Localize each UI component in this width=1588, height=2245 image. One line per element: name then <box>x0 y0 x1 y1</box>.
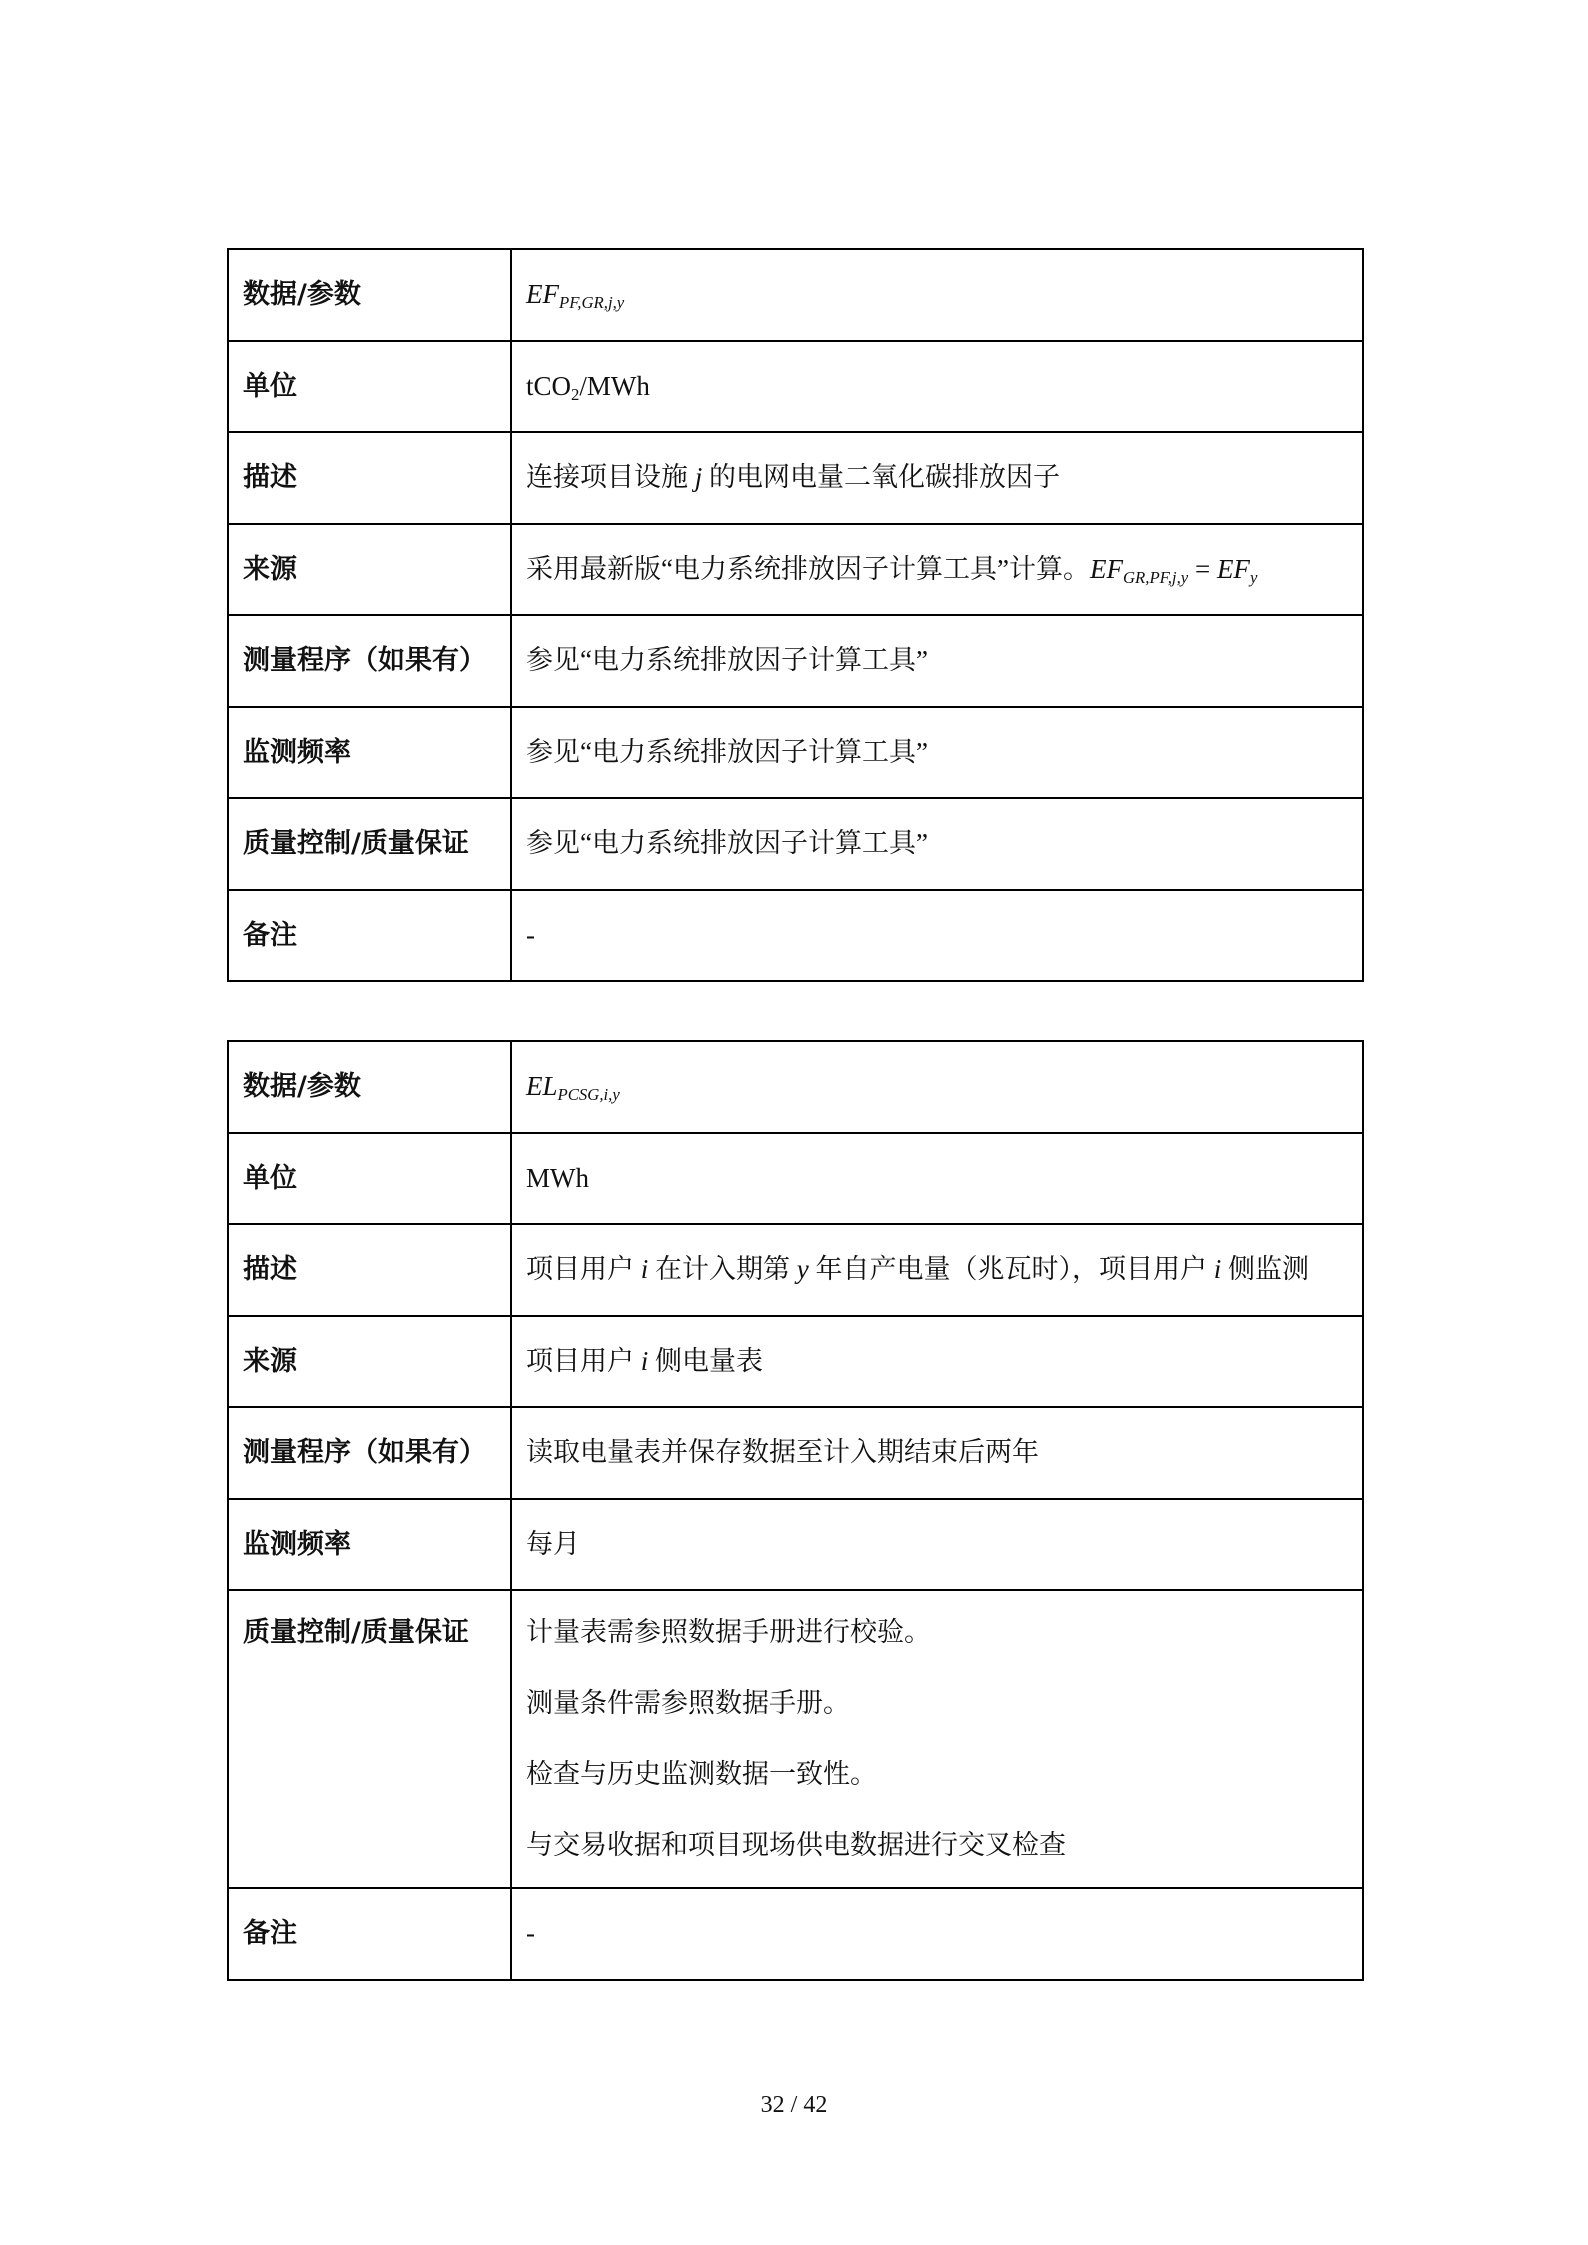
description-value: 项目用户 i 在计入期第 y 年自产电量（兆瓦时），项目用户 i 侧监测 <box>511 1224 1363 1316</box>
row-label: 监测频率 <box>228 707 511 799</box>
parameter-symbol: ELPCSG,i,y <box>511 1041 1363 1133</box>
frequency-value: 参见“电力系统排放因子计算工具” <box>511 707 1363 799</box>
table-row: 质量控制/质量保证 计量表需参照数据手册进行校验。 测量条件需参照数据手册。 检… <box>228 1590 1363 1888</box>
table-row: 单位 tCO2/MWh <box>228 341 1363 433</box>
procedure-value: 参见“电力系统排放因子计算工具” <box>511 615 1363 707</box>
row-label: 描述 <box>228 432 511 524</box>
table-row: 描述 连接项目设施 j 的电网电量二氧化碳排放因子 <box>228 432 1363 524</box>
qa-qc-line: 检查与历史监测数据一致性。 <box>526 1757 1348 1792</box>
row-label: 测量程序（如果有） <box>228 1407 511 1499</box>
source-value: 项目用户 i 侧电量表 <box>511 1316 1363 1408</box>
table-row: 监测频率 参见“电力系统排放因子计算工具” <box>228 707 1363 799</box>
description-value: 连接项目设施 j 的电网电量二氧化碳排放因子 <box>511 432 1363 524</box>
row-label: 质量控制/质量保证 <box>228 798 511 890</box>
table-row: 质量控制/质量保证 参见“电力系统排放因子计算工具” <box>228 798 1363 890</box>
row-label: 数据/参数 <box>228 1041 511 1133</box>
row-label: 描述 <box>228 1224 511 1316</box>
source-value: 采用最新版“电力系统排放因子计算工具”计算。EFGR,PF,j,y = EFy <box>511 524 1363 616</box>
table-row: 备注 - <box>228 890 1363 982</box>
parameter-table-el: 数据/参数 ELPCSG,i,y 单位 MWh 描述 项目用户 i 在计入期第 … <box>227 1040 1364 1981</box>
frequency-value: 每月 <box>511 1499 1363 1591</box>
qa-qc-line: 计量表需参照数据手册进行校验。 <box>526 1615 1348 1650</box>
row-label: 单位 <box>228 341 511 433</box>
table-row: 单位 MWh <box>228 1133 1363 1225</box>
table-row: 测量程序（如果有） 读取电量表并保存数据至计入期结束后两年 <box>228 1407 1363 1499</box>
table-row: 来源 采用最新版“电力系统排放因子计算工具”计算。EFGR,PF,j,y = E… <box>228 524 1363 616</box>
qa-qc-value: 参见“电力系统排放因子计算工具” <box>511 798 1363 890</box>
unit-value: tCO2/MWh <box>511 341 1363 433</box>
row-label: 备注 <box>228 1888 511 1980</box>
row-label: 数据/参数 <box>228 249 511 341</box>
row-label: 测量程序（如果有） <box>228 615 511 707</box>
row-label: 单位 <box>228 1133 511 1225</box>
table-row: 描述 项目用户 i 在计入期第 y 年自产电量（兆瓦时），项目用户 i 侧监测 <box>228 1224 1363 1316</box>
row-label: 备注 <box>228 890 511 982</box>
table-row: 监测频率 每月 <box>228 1499 1363 1591</box>
table-row: 测量程序（如果有） 参见“电力系统排放因子计算工具” <box>228 615 1363 707</box>
row-label: 监测频率 <box>228 1499 511 1591</box>
table-row: 数据/参数 ELPCSG,i,y <box>228 1041 1363 1133</box>
row-label: 质量控制/质量保证 <box>228 1590 511 1888</box>
table-row: 数据/参数 EFPF,GR,j,y <box>228 249 1363 341</box>
row-label: 来源 <box>228 1316 511 1408</box>
unit-value: MWh <box>511 1133 1363 1225</box>
qa-qc-line: 测量条件需参照数据手册。 <box>526 1686 1348 1721</box>
remarks-value: - <box>511 1888 1363 1980</box>
qa-qc-value: 计量表需参照数据手册进行校验。 测量条件需参照数据手册。 检查与历史监测数据一致… <box>511 1590 1363 1888</box>
remarks-value: - <box>511 890 1363 982</box>
page-number: 32 / 42 <box>0 2092 1588 2119</box>
table-row: 备注 - <box>228 1888 1363 1980</box>
row-label: 来源 <box>228 524 511 616</box>
parameter-symbol: EFPF,GR,j,y <box>511 249 1363 341</box>
qa-qc-line: 与交易收据和项目现场供电数据进行交叉检查 <box>526 1828 1348 1863</box>
table-row: 来源 项目用户 i 侧电量表 <box>228 1316 1363 1408</box>
parameter-table-ef: 数据/参数 EFPF,GR,j,y 单位 tCO2/MWh 描述 连接项目设施 … <box>227 248 1364 982</box>
procedure-value: 读取电量表并保存数据至计入期结束后两年 <box>511 1407 1363 1499</box>
